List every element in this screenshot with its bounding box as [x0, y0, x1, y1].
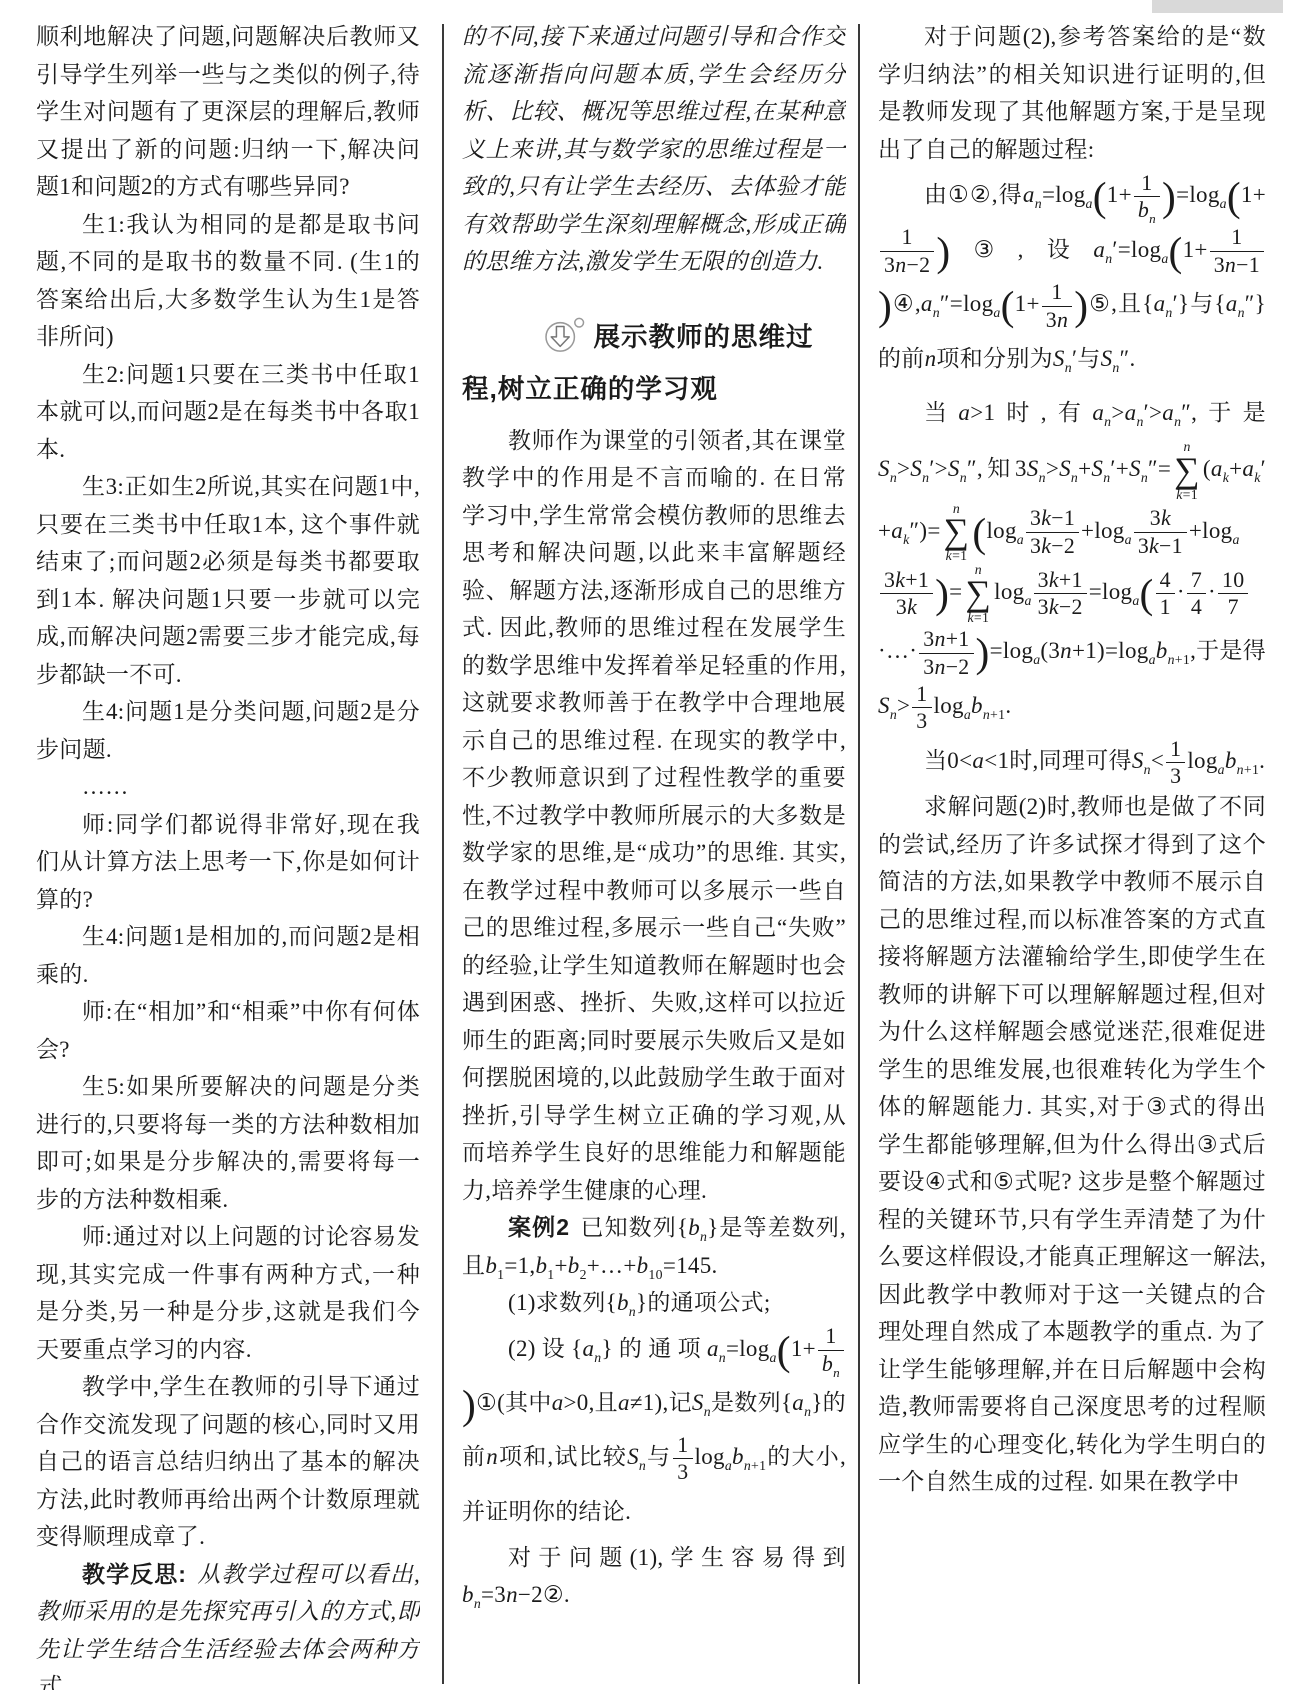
column-left: 顺利地解决了问题,问题解决后教师又引导学生列举一些与之类似的例子,待学生对问题有… [36, 18, 420, 1690]
paragraph-text: 生3:正如生2所说,其实在问题1中,只要在三类书中任取1本, 这个事件就结束了;… [36, 474, 420, 687]
paragraph: 当0<a<1时,同理可得Sn<13logabn+1. [878, 734, 1266, 789]
big-paren-left: ( [1140, 571, 1154, 617]
big-paren-right: ) [1074, 283, 1088, 329]
big-paren-left: ( [1093, 174, 1107, 220]
paragraph: 顺利地解决了问题,问题解决后教师又引导学生列举一些与之类似的例子,待学生对问题有… [36, 18, 420, 206]
paragraph: 当a>1时,有an>an′>an″,于是Sn>Sn′>Sn″,知3Sn>Sn+S… [878, 386, 1266, 734]
fraction: 1bn [818, 1324, 844, 1376]
paragraph: 生3:正如生2所说,其实在问题1中,只要在三类书中任取1本, 这个事件就结束了;… [36, 468, 420, 693]
paragraph: 由①②,得an=loga(1+1bn)=loga(1+13n−2)③,设an′=… [878, 168, 1266, 386]
fraction: 3n+13n−2 [919, 627, 973, 679]
big-paren-right: ) [935, 571, 949, 617]
fraction: 13n−1 [1210, 225, 1264, 277]
paragraph-text: 当0<a<1时,同理可得Sn<13logabn+1. [924, 748, 1265, 773]
paragraph: (1)求数列{bn}的通项公式; [462, 1284, 846, 1322]
paragraph: 的不同,接下来通过问题引导和合作交流逐渐指向问题本质,学生会经历分析、比较、概况… [462, 18, 846, 281]
paragraph-text: 生2:问题1只要在三类书中任取1本就可以,而问题2是在每类书中各取1本. [36, 362, 420, 462]
paragraph: 师:同学们都说得非常好,现在我们从计算方法上思考一下,你是如何计算的? [36, 806, 420, 919]
paragraph-text: 师:通过对以上问题的讨论容易发现,其实完成一件事有两种方式,一种是分类,另一种是… [36, 1224, 420, 1362]
fraction: 74 [1187, 568, 1206, 620]
paragraph: 教师作为课堂的引领者,其在课堂教学中的作用是不言而喻的. 在日常学习中,学生常常… [462, 422, 846, 1210]
fraction: 107 [1218, 568, 1248, 620]
paragraph: 对于问题(1),学生容易得到bn=3n−2②. [462, 1539, 846, 1614]
paragraph-text: 师:同学们都说得非常好,现在我们从计算方法上思考一下,你是如何计算的? [36, 812, 420, 912]
summation-sigma: n∑k=1 [1174, 440, 1200, 501]
fraction: 41 [1156, 568, 1175, 620]
summation-sigma: n∑k=1 [965, 563, 991, 624]
fraction: 1bn [1134, 171, 1160, 223]
big-paren-left: ( [1227, 174, 1241, 220]
section-heading: 展示教师的思维过程,树立正确的学习观 [462, 315, 846, 412]
column-divider [442, 24, 444, 1684]
paragraph-text: 当a>1时,有an>an′>an″,于是Sn>Sn′>Sn″,知3Sn>Sn+S… [878, 400, 1266, 718]
paragraph-text: …… [82, 774, 129, 799]
paragraph: 师:在“相加”和“相乘”中你有何体会? [36, 993, 420, 1068]
paragraph-text: 由①②,得an=loga(1+1bn)=loga(1+13n−2)③,设an′=… [878, 182, 1266, 371]
paragraph-text: 求解问题(2)时,教师也是做了不同的尝试,经历了许多试探才得到了这个简洁的方法,… [878, 794, 1266, 1494]
paragraph-text: 顺利地解决了问题,问题解决后教师又引导学生列举一些与之类似的例子,待学生对问题有… [36, 24, 420, 199]
paragraph: 教学中,学生在教师的引导下通过合作交流发现了问题的核心,同时又用自己的语言总结归… [36, 1368, 420, 1556]
big-paren-right: ) [878, 283, 892, 329]
fraction: 13 [673, 1433, 692, 1485]
paragraph: 生1:我认为相同的是都是取书问题,不同的是取书的数量不同. (生1的答案给出后,… [36, 206, 420, 356]
big-paren-right: ) [976, 630, 990, 676]
paragraph: 生2:问题1只要在三类书中任取1本就可以,而问题2是在每类书中各取1本. [36, 356, 420, 469]
paragraph: 师:通过对以上问题的讨论容易发现,其实完成一件事有两种方式,一种是分类,另一种是… [36, 1218, 420, 1368]
page-header-fragment [1152, 0, 1283, 13]
big-paren-left: ( [1169, 228, 1183, 274]
fraction: 3k+13k−2 [1034, 568, 1087, 620]
fraction: 13 [912, 682, 931, 734]
paragraph-text: (1)求数列{bn}的通项公式; [508, 1290, 771, 1315]
bold-lead: 案例2 [508, 1214, 569, 1240]
fraction: 3k+13k [880, 568, 933, 620]
paragraph: 教学反思:从教学过程可以看出,教师采用的是先探究再引入的方式,即先让学生结合生活… [36, 1556, 420, 1691]
column-right: 对于问题(2),参考答案给的是“数学归纳法”的相关知识进行证明的,但是教师发现了… [878, 18, 1266, 1690]
big-paren-left: ( [777, 1327, 791, 1373]
paragraph: …… [36, 768, 420, 806]
paragraph: 案例2已知数列{bn}是等差数列,且b1=1,b1+b2+…+b10=145. [462, 1209, 846, 1284]
journal-page: { "page": { "background": "#ffffff", "te… [0, 0, 1300, 1703]
paragraph-text: 的不同,接下来通过问题引导和合作交流逐渐指向问题本质,学生会经历分析、比较、概况… [462, 24, 846, 274]
paragraph-text: 生4:问题1是相加的,而问题2是相乘的. [36, 924, 420, 987]
fraction: 13n [1042, 280, 1072, 332]
big-paren-right: ) [462, 1382, 476, 1428]
paragraph: 对于问题(2),参考答案给的是“数学归纳法”的相关知识进行证明的,但是教师发现了… [878, 18, 1266, 168]
paragraph-text: 生5:如果所要解决的问题是分类进行的,只要将每一类的方法种数相加即可;如果是分步… [36, 1074, 420, 1212]
paragraph: 生5:如果所要解决的问题是分类进行的,只要将每一类的方法种数相加即可;如果是分步… [36, 1068, 420, 1218]
paragraph-text: 教师作为课堂的引领者,其在课堂教学中的作用是不言而喻的. 在日常学习中,学生常常… [462, 428, 846, 1203]
paragraph-text: 教学中,学生在教师的引导下通过合作交流发现了问题的核心,同时又用自己的语言总结归… [36, 1374, 420, 1549]
circled-down-arrow-icon [502, 317, 586, 367]
paragraph-text: 对于问题(2),参考答案给的是“数学归纳法”的相关知识进行证明的,但是教师发现了… [878, 24, 1266, 162]
paragraph-text: 生1:我认为相同的是都是取书问题,不同的是取书的数量不同. (生1的答案给出后,… [36, 212, 420, 350]
paragraph-text: 生4:问题1是分类问题,问题2是分步问题. [36, 699, 420, 762]
big-paren-right: ) [1162, 174, 1176, 220]
column-divider [858, 24, 860, 1684]
big-paren-right: ) [936, 228, 950, 274]
paragraph-text: 师:在“相加”和“相乘”中你有何体会? [36, 999, 420, 1062]
fraction: 3k−13k−2 [1026, 506, 1079, 558]
summation-sigma: n∑k=1 [944, 502, 970, 563]
paragraph: 生4:问题1是分类问题,问题2是分步问题. [36, 693, 420, 768]
paragraph-text: (2)设{an}的通项an=loga(1+1bn)①(其中a>0,且a≠1),记… [462, 1336, 846, 1524]
bold-lead: 教学反思: [82, 1561, 186, 1587]
fraction: 3k3k−1 [1134, 506, 1187, 558]
big-paren-left: ( [1001, 283, 1015, 329]
paragraph: 求解问题(2)时,教师也是做了不同的尝试,经历了许多试探才得到了这个简洁的方法,… [878, 788, 1266, 1501]
big-paren-left: ( [972, 509, 986, 555]
paragraph: 生4:问题1是相加的,而问题2是相乘的. [36, 918, 420, 993]
paragraph: (2)设{an}的通项an=loga(1+1bn)①(其中a>0,且a≠1),记… [462, 1322, 846, 1539]
column-middle: 的不同,接下来通过问题引导和合作交流逐渐指向问题本质,学生会经历分析、比较、概况… [462, 18, 846, 1690]
fraction: 13n−2 [880, 225, 934, 277]
paragraph-text: 对于问题(1),学生容易得到bn=3n−2②. [462, 1545, 846, 1608]
fraction: 13 [1166, 737, 1185, 789]
